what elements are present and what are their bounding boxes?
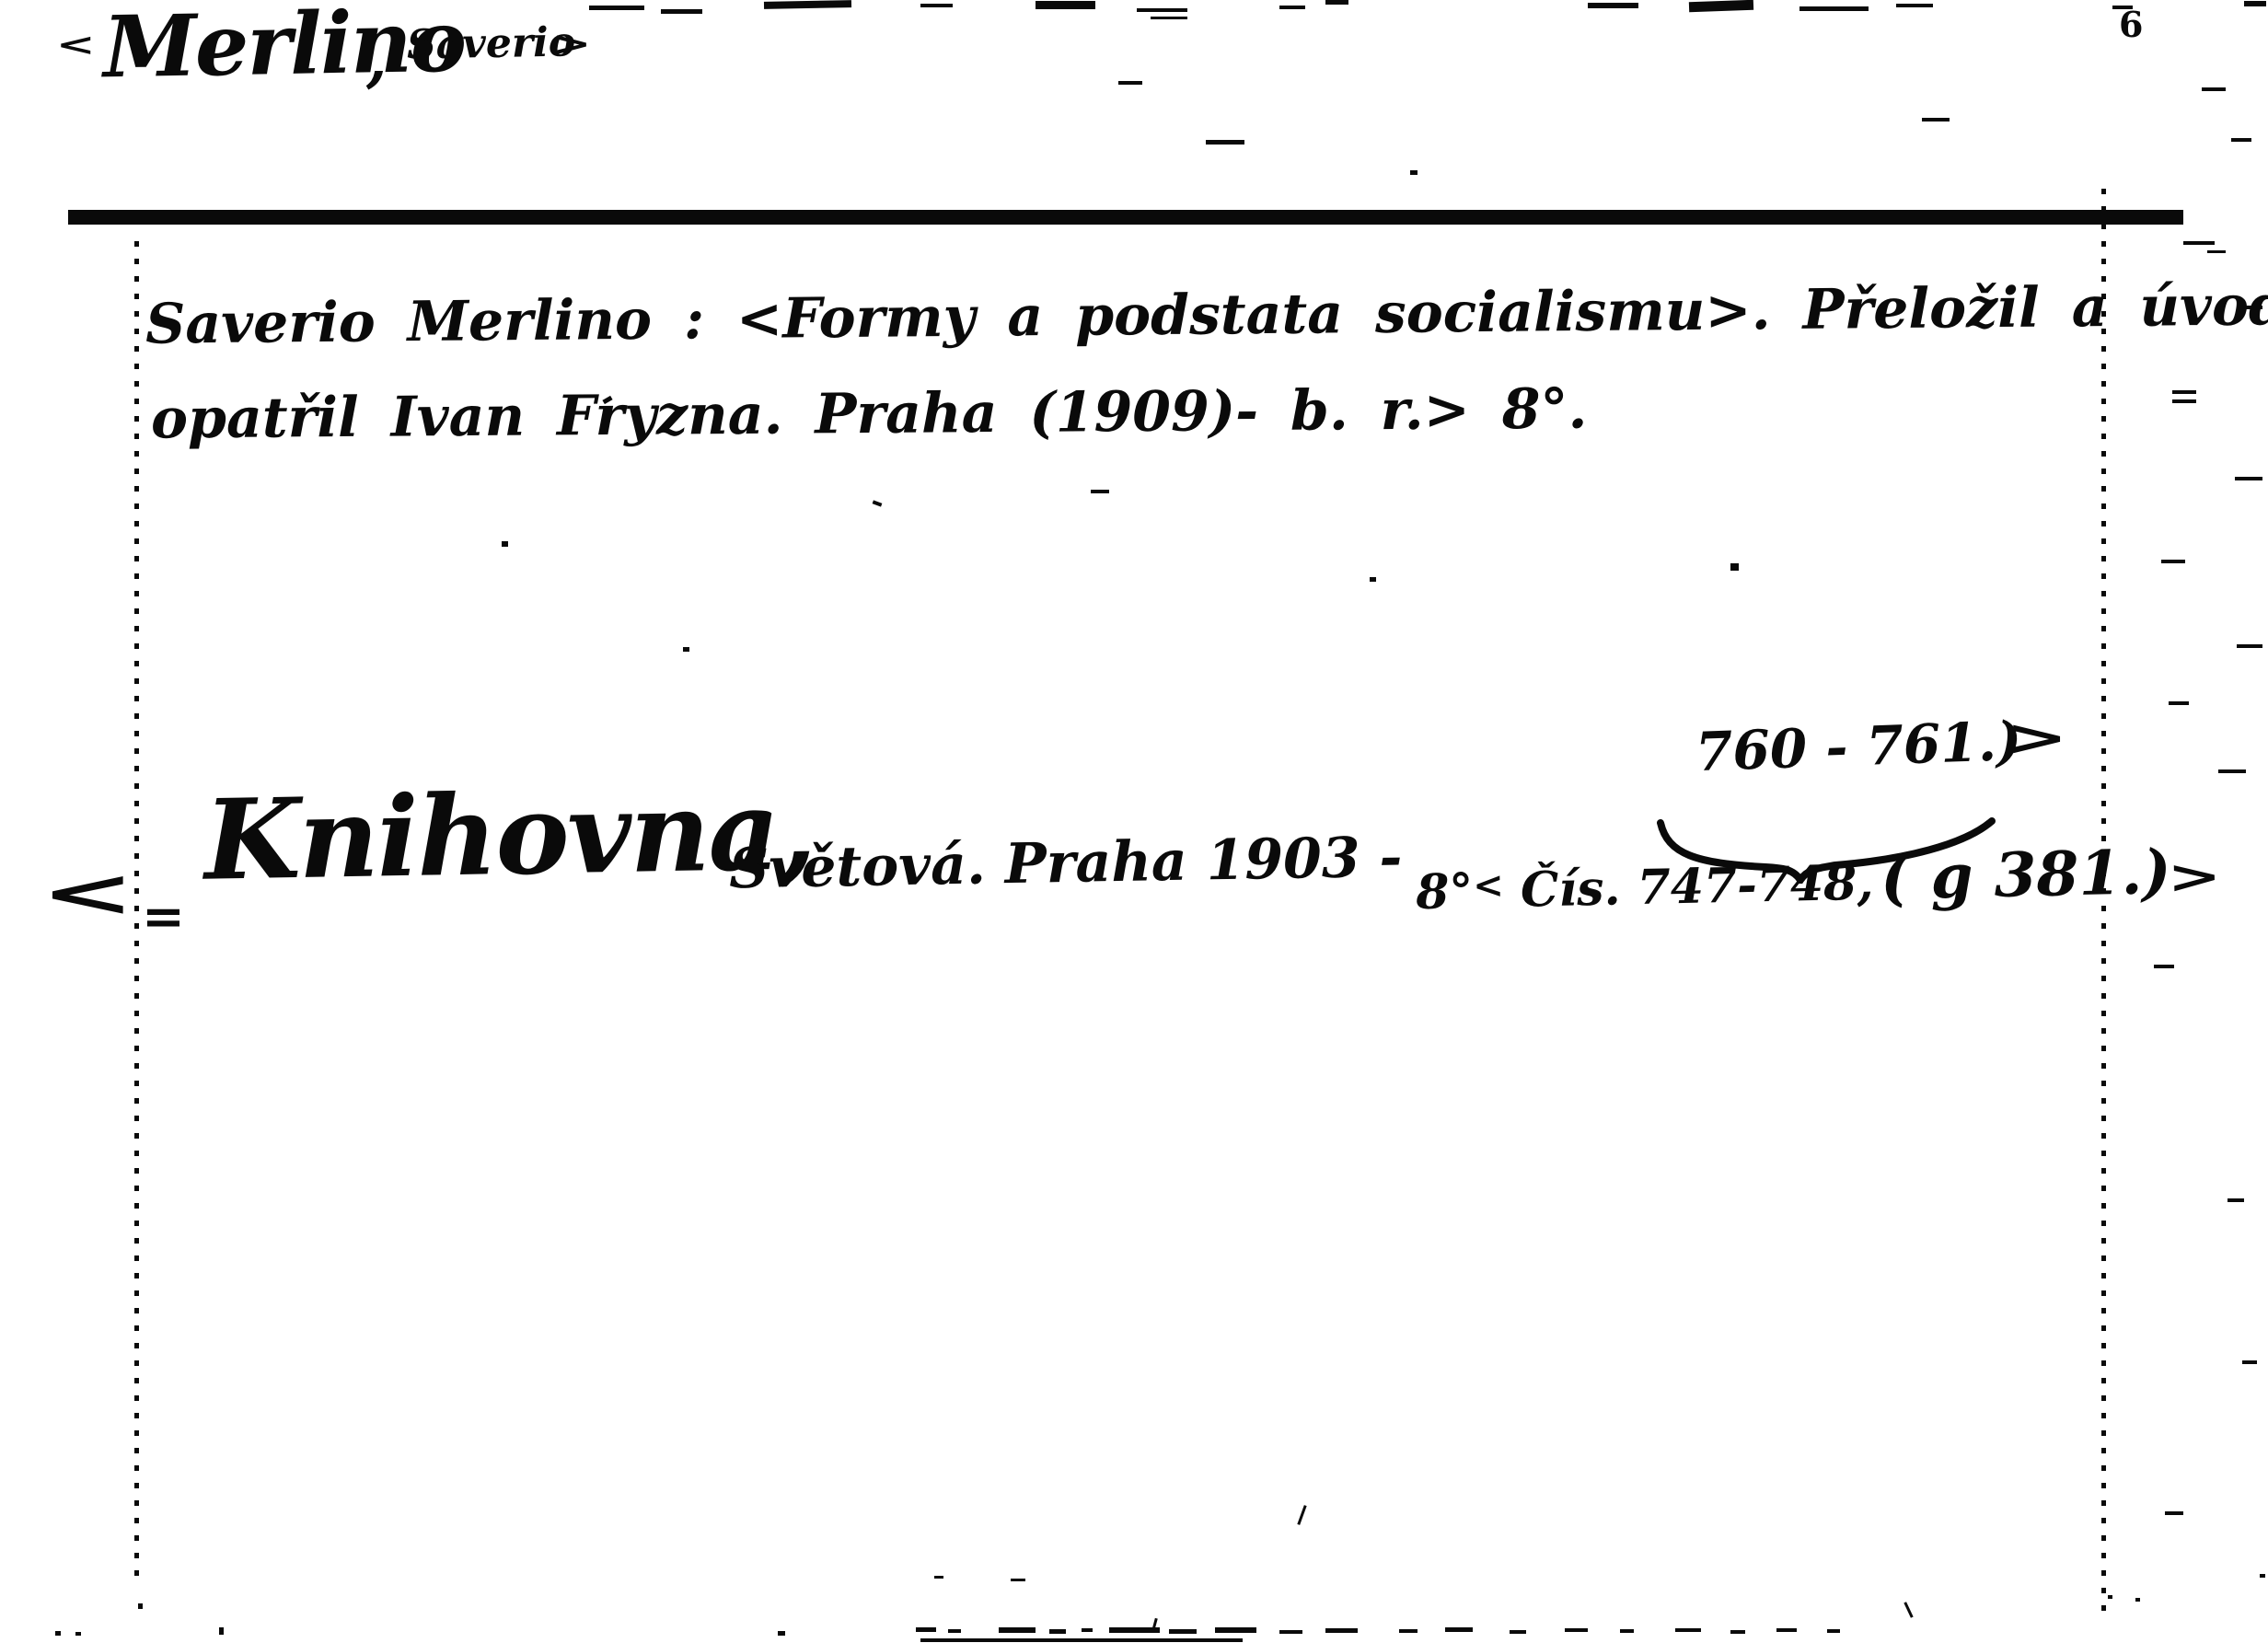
scan-noise-mark [2172, 399, 2196, 403]
scan-noise-mark [1445, 1627, 1473, 1632]
scan-noise-mark [1799, 6, 1869, 11]
scan-noise-mark [1049, 1629, 1066, 1634]
scan-noise-mark [1903, 1602, 1913, 1618]
scan-noise-mark [1410, 170, 1417, 175]
scan-noise-mark [2260, 1574, 2265, 1578]
series-title: Knihovna, [203, 775, 816, 897]
scan-noise-mark [1118, 81, 1142, 85]
scan-noise-mark [2227, 1198, 2244, 1202]
scan-noise-mark [778, 1631, 785, 1636]
scan-noise-mark [1169, 1629, 1197, 1634]
insertion-caret-icon: < [1473, 863, 1504, 908]
entry-line-1: Saverio Merlino : <Formy a podstata soci… [145, 277, 2268, 352]
scan-noise-mark [55, 1631, 61, 1636]
scan-noise-mark [589, 6, 644, 10]
scan-noise-mark [2108, 1595, 2112, 1599]
scan-noise-mark [2244, 306, 2262, 309]
scan-noise-mark [138, 1603, 143, 1609]
entry-line-2: opatřil Ivan Fryzna. Praha (1909)- b. r.… [151, 382, 1588, 447]
scan-noise-mark [1082, 1628, 1093, 1632]
format-size: 8° [1416, 863, 1474, 920]
series-subtitle: Světová. Praha 1903 - [729, 830, 1403, 897]
scan-noise-mark [2112, 6, 2133, 9]
scan-noise-mark [1091, 490, 1109, 493]
scan-noise-mark [2135, 1598, 2140, 1602]
scan-noise-mark [2237, 644, 2262, 648]
scan-noise-mark [1565, 1628, 1588, 1632]
scan-noise-mark [2154, 965, 2174, 968]
scan-noise-mark [920, 4, 953, 7]
underbrace-icon [1655, 817, 1997, 884]
heading-comma: , [366, 31, 387, 90]
scan-noise-mark [916, 1627, 936, 1632]
scan-noise-mark [1730, 1630, 1745, 1634]
scan-noise-mark [1827, 1629, 1840, 1633]
scan-noise-mark [219, 1627, 224, 1635]
scan-noise-mark [1620, 1629, 1634, 1633]
scan-noise-mark [948, 1629, 961, 1633]
scan-noise-mark [873, 500, 883, 506]
scan-noise-mark [1325, 1628, 1358, 1633]
scan-noise-mark [2161, 560, 2185, 563]
scan-noise-mark [1922, 118, 1950, 121]
scan-noise-mark [920, 1638, 1243, 1642]
scan-noise-mark [1370, 577, 1376, 582]
scan-noise-mark [1109, 1627, 1160, 1633]
scan-noise-mark [1036, 1, 1095, 9]
scan-noise-mark [1279, 1630, 1302, 1634]
inserted-issue-numbers: 760 - 761.) [1695, 714, 2022, 779]
scan-noise-mark [2242, 1360, 2257, 1364]
scan-noise-mark [2202, 87, 2226, 91]
scan-noise-mark [764, 0, 851, 9]
scan-noise-mark [1137, 8, 1187, 12]
scan-noise-mark [1689, 0, 1753, 12]
scan-noise-mark [999, 1627, 1036, 1633]
scan-noise-mark [75, 1632, 81, 1636]
holdings-equals-mark: = [142, 891, 185, 943]
scan-noise-mark [1215, 1627, 1256, 1633]
scan-noise-mark [1896, 4, 1933, 7]
scan-noise-mark [1675, 1628, 1701, 1632]
scan-noise-mark [2169, 701, 2189, 705]
left-margin-dotted-line [134, 241, 139, 1579]
scan-noise-mark [1325, 0, 1348, 5]
scan-noise-mark [1588, 3, 1638, 8]
scan-noise-mark [2183, 241, 2215, 245]
title-rule [68, 210, 2183, 225]
holdings-left-mark: < [40, 860, 135, 926]
scan-noise-mark [1206, 140, 1244, 145]
scan-noise-mark [661, 9, 702, 14]
scan-noise-mark [2172, 390, 2196, 394]
scan-noise-mark [502, 541, 508, 547]
scan-noise-mark [1510, 1630, 1526, 1634]
scan-noise-mark [1011, 1579, 1025, 1581]
scan-noise-mark [2218, 769, 2246, 773]
scan-noise-mark [1776, 1628, 1797, 1632]
heading-close-mark: > [552, 28, 591, 61]
scan-noise-mark [1279, 6, 1305, 9]
scan-noise-mark [2207, 250, 2226, 253]
scan-noise-mark [2235, 477, 2262, 480]
scan-noise-mark [1151, 17, 1187, 19]
scan-noise-mark [1730, 563, 1739, 571]
scan-noise-mark [2244, 1, 2266, 6]
scan-noise-mark [2165, 1511, 2183, 1515]
heading-forename: Saverio [407, 22, 576, 65]
catalog-card: < Merlino , Saverio > 6 Saverio Merlino … [0, 0, 2268, 1643]
scan-noise-mark [683, 647, 689, 652]
scan-noise-mark [1297, 1505, 1306, 1525]
scan-noise-mark [1399, 1629, 1417, 1633]
inserted-arrow-mark: > [2006, 712, 2068, 762]
corner-mark: 6 [2119, 7, 2143, 42]
heading-open-mark: < [56, 29, 96, 61]
trailing-arrow-mark: > [2167, 853, 2222, 900]
scan-noise-mark [2231, 138, 2251, 142]
scan-noise-mark [934, 1576, 943, 1579]
